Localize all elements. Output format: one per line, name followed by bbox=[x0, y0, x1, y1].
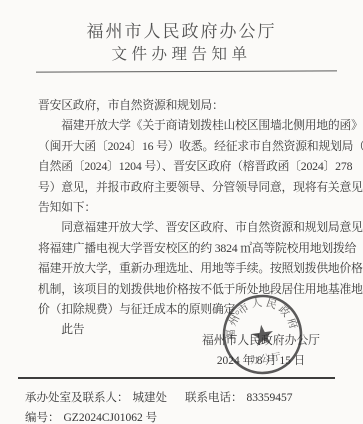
seal-star-icon: ★ bbox=[248, 319, 277, 353]
contact-value: 城建处 bbox=[133, 392, 168, 404]
body-line: 同意福建开放大学、晋安区政府、市自然资源和规划局意见， bbox=[38, 217, 336, 237]
number-value: GZ2024CJ01062 号 bbox=[64, 412, 158, 424]
doc-title: 福州市人民政府办公厅 bbox=[0, 17, 363, 42]
body-line: 晋安区政府，市自然资源和规划局： bbox=[38, 95, 336, 115]
doc-subtitle: 文件办理告知单 bbox=[0, 42, 363, 64]
contact-label: 承办处室及联系人： bbox=[25, 392, 129, 404]
body-line: 福建开放大学《关于商请划拨桂山校区围墙北侧用地的函》 bbox=[38, 115, 336, 135]
body-line: （闽开大函〔2024〕16 号）收悉。经征求市自然资源和规划局（榕 bbox=[38, 136, 336, 156]
footer-divider bbox=[18, 377, 335, 379]
footer-number-row: 编号：GZ2024CJ01062 号 bbox=[25, 409, 157, 424]
official-seal-icon: 福州市人民政府 ★ 办公厅 bbox=[221, 293, 304, 376]
body-line: 号）意见，并报市政府主要领导、分管领导同意，现将有关意见 bbox=[38, 177, 336, 197]
phone-value: 83359457 bbox=[247, 392, 293, 404]
footer-phone-group: 联系电话：83359457 bbox=[185, 389, 293, 405]
body-line: 自然函〔2024〕1204 号）、晋安区政府（榕晋政函〔2024〕278 bbox=[38, 156, 336, 176]
body-line: 福建开放大学，重新办理选址、用地等手续。按照划拨供地价格 bbox=[38, 258, 336, 278]
body-line: 告知如下： bbox=[38, 197, 336, 217]
phone-label: 联系电话： bbox=[185, 392, 243, 404]
title-divider bbox=[36, 70, 337, 72]
footer-contact-row: 承办处室及联系人：城建处 联系电话：83359457 bbox=[25, 389, 343, 405]
number-label: 编号： bbox=[25, 412, 60, 424]
document-page: 福州市人民政府办公厅 文件办理告知单 晋安区政府，市自然资源和规划局： 福建开放… bbox=[0, 0, 363, 424]
body-line: 将福建广播电视大学晋安校区的约 3824 ㎡高等院校用地划拨给 bbox=[38, 238, 336, 258]
